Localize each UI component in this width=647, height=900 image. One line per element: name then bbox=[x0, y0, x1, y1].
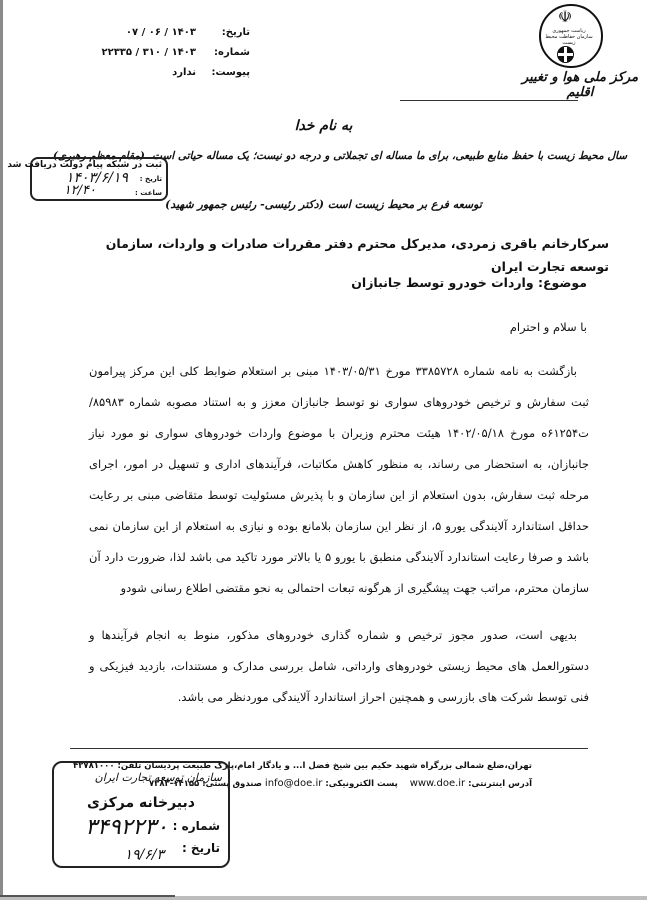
email-link[interactable]: info@doe.ir bbox=[265, 778, 322, 789]
body-paragraph-1: بازگشت به نامه شماره ۳۳۸۵۷۲۸ مورخ ۱۴۰۳/۰… bbox=[89, 356, 589, 604]
website-link[interactable]: www.doe.ir bbox=[410, 778, 465, 789]
meta-number: شماره: ۱۴۰۳ / ۳۱۰ / ۲۲۳۳۵ bbox=[60, 42, 250, 62]
received-stamp: ثبت در شبکه پیام دولت دریافت شد تاریخ : … bbox=[30, 157, 168, 201]
government-logo: ☫ ریاست جمهوری سازمان حفاظت محیط زیست bbox=[533, 4, 611, 76]
handwritten-number: ۳۴۹۲۲۳۰ bbox=[85, 815, 168, 840]
secretariat-stamp: سازمان توسعه تجارت ایران دبیرخانه مرکزی … bbox=[52, 761, 230, 868]
recipient: سرکارخانم باقری زمردی، مدیرکل محترم دفتر… bbox=[69, 232, 609, 278]
scan-edge-bottom-dark bbox=[0, 895, 175, 897]
logo-text: ریاست جمهوری سازمان حفاظت محیط زیست bbox=[543, 28, 595, 46]
meta-attachment: پیوست: ندارد bbox=[60, 62, 250, 82]
letter-page: ☫ ریاست جمهوری سازمان حفاظت محیط زیست مر… bbox=[0, 0, 647, 900]
org-name: مرکز ملی هوا و تغییر اقلیم bbox=[520, 70, 640, 100]
subject: موضوع: واردات خودرو توسط جانبازان bbox=[351, 275, 587, 290]
iran-emblem-icon: ☫ bbox=[557, 8, 573, 26]
handwritten-date: ۱۹/۶/۳ bbox=[124, 847, 164, 863]
meta-date: تاریخ: ۱۴۰۳ / ۰۶ / ۰۷ bbox=[60, 22, 250, 42]
greeting: با سلام و احترام bbox=[510, 320, 587, 334]
footer-divider bbox=[70, 748, 588, 749]
environment-globe-icon bbox=[557, 46, 574, 63]
handwritten-time: ۱۲/۴۰ bbox=[64, 183, 96, 198]
scan-edge-left bbox=[0, 0, 3, 896]
letter-meta: تاریخ: ۱۴۰۳ / ۰۶ / ۰۷ شماره: ۱۴۰۳ / ۳۱۰ … bbox=[60, 22, 250, 82]
body-paragraph-2: بدیهی است، صدور مجوز ترخیص و شماره گذاری… bbox=[89, 620, 589, 713]
header-divider bbox=[400, 100, 578, 101]
basmala: به نام خدا bbox=[0, 118, 647, 134]
year-motto: سال محیط زیست با حفظ منابع طبیعی، برای م… bbox=[157, 150, 627, 162]
